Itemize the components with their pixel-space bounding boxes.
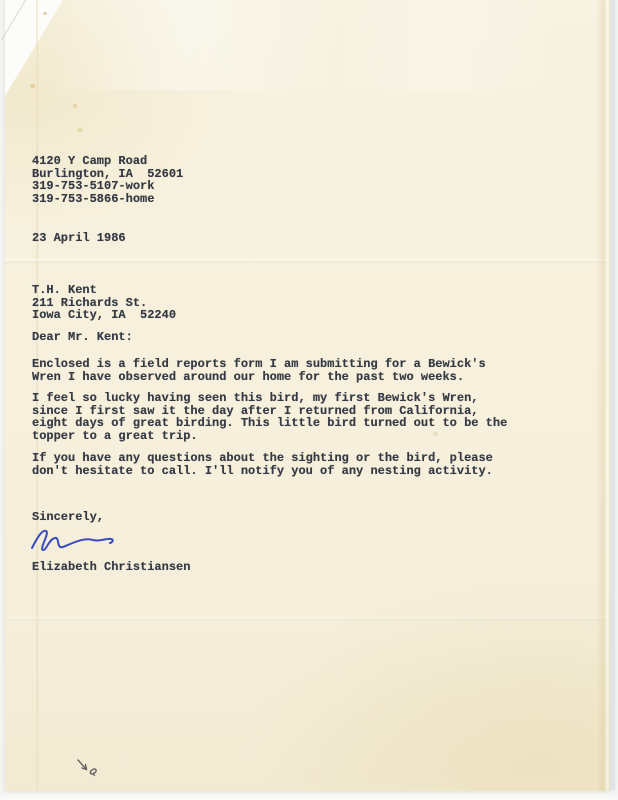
- horizontal-crease-bottom: [5, 616, 610, 621]
- paper-right-edge-shading: [596, 0, 610, 791]
- pencil-check-mark: [78, 760, 96, 776]
- handwritten-signature-ink: [30, 525, 118, 557]
- paper-stain: [43, 12, 47, 15]
- sender-address: 4120 Y Camp Road Burlington, IA 52601 31…: [32, 155, 183, 206]
- paper-stain: [30, 84, 35, 88]
- recipient-address: T.H. Kent 211 Richards St. Iowa City, IA…: [32, 284, 176, 322]
- body-paragraph-2: I feel so lucky having seen this bird, m…: [32, 392, 507, 443]
- pencil-notation: [68, 752, 102, 782]
- scanner-backdrop-bottom: [0, 790, 618, 800]
- scanned-letter-screenshot: { "document": { "type": "typewritten let…: [0, 0, 618, 800]
- signature-stroke: [32, 531, 113, 550]
- paper-stain: [73, 104, 77, 108]
- letter-date: 23 April 1986: [32, 232, 126, 245]
- body-paragraph-1: Enclosed is a field reports form I am su…: [32, 358, 486, 383]
- scan-light-flare: [5, 0, 610, 90]
- salutation: Dear Mr. Kent:: [32, 331, 133, 344]
- paper-stain: [77, 128, 83, 132]
- body-paragraph-3: If you have any questions about the sigh…: [32, 452, 493, 477]
- closing: Sincerely,: [32, 511, 104, 524]
- horizontal-crease-top: [5, 258, 610, 264]
- scanner-backdrop-right: [610, 0, 618, 800]
- signature-typed-name: Elizabeth Christiansen: [32, 561, 190, 574]
